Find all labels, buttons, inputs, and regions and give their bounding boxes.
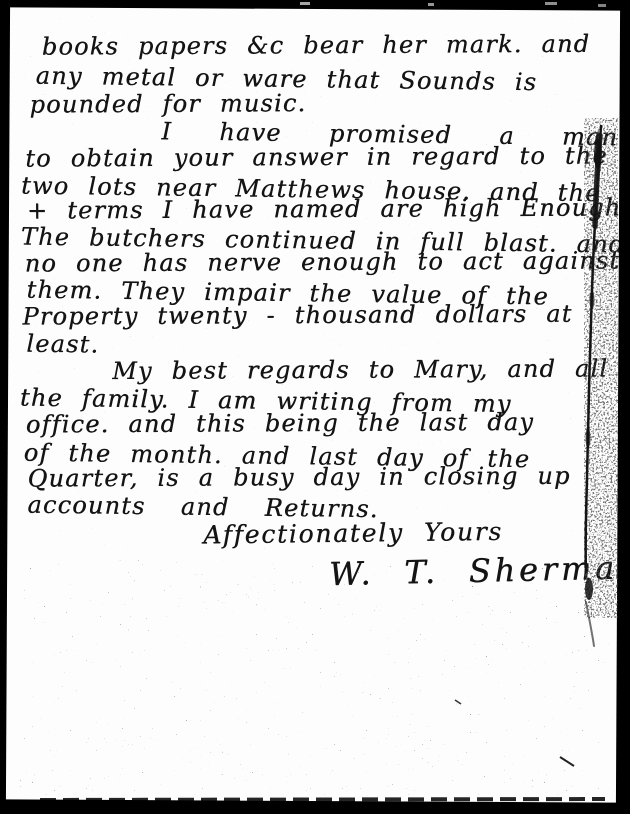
letter-line: Property twenty - thousand dollars at [22,301,572,330]
letter-line: Quarter, is a busy day in closing up [28,463,571,492]
letter-line: to obtain your answer in regard to the [25,142,608,171]
letter-closing: Affectionately Yours [203,518,503,549]
letter-line: + terms I have named are high Enough — [27,194,620,224]
letter-page: books papers &c bear her mark. and any m… [6,7,620,802]
letter-line: books papers &c bear her mark. and [42,31,590,60]
letter-signature: W. T. Sherman [329,550,620,592]
letter-line: My best regards to Mary, and all [112,355,608,384]
letter-line: office. and this being the last day [26,409,534,438]
letter-line: accounts and Returns. [27,492,378,523]
letter-line: least. [26,330,99,357]
letter-line: no one has nerve enough to act against [25,247,620,277]
letter-line: pounded for music. [29,90,306,118]
scanned-letter-screenshot: { "page": { "colors": { "ink": "#141414"… [0,0,630,814]
